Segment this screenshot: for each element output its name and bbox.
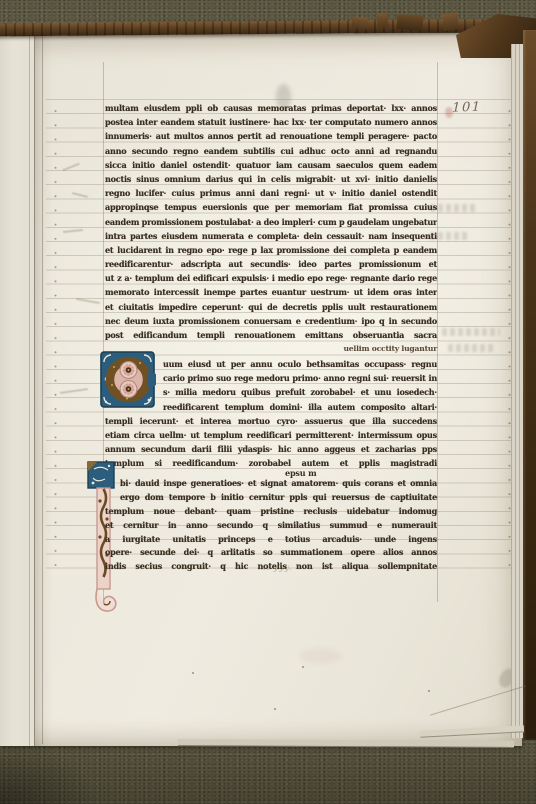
text-line: reedificarentur· adscripta aut secundis·… (105, 257, 437, 272)
speck (274, 708, 276, 710)
brown-stain (300, 648, 342, 664)
text-line: templum si reedificandum· zorobabel aute… (105, 456, 437, 471)
text-paragraph-3: bi· dauid inspe generatioes· et signat a… (105, 476, 437, 573)
text-line: sicca initio daniel ostendit· quatuor ia… (105, 157, 437, 172)
text-line: ut z a· templum dei edificari expulsis· … (105, 271, 437, 286)
binding-damage-tab (376, 12, 389, 28)
text-line: regno lucifer· cuius primus anni dani re… (105, 186, 437, 201)
text-line: etiam circa uellm· ut templum reedificar… (105, 428, 437, 443)
text-line: intra partes eiusdem numerata e completa… (105, 228, 437, 243)
text-paragraph-1: multam eiusdem ppli ob causas memoratas … (105, 101, 437, 342)
show-through-text (448, 344, 494, 352)
rubric-end-line: uellim occtity lugantur (250, 344, 437, 357)
page-edges-stack (511, 44, 523, 738)
text-line: anno secundo regno eandem subtilis cui a… (105, 143, 437, 158)
text-line: cario primo suo rege medoru primo· anno … (105, 371, 437, 386)
book-cover-edge (523, 30, 536, 740)
text-line: et cernitur in anno secundo q similatius… (105, 517, 437, 531)
text-line: et ciuitatis impedire ceperunt· qui de d… (105, 299, 437, 314)
text-line: eandem promissionem postulabat· a deo im… (105, 214, 437, 229)
text-line: bi· dauid inspe generatioes· et signat a… (105, 476, 437, 490)
gutter-crease (42, 36, 43, 744)
folio-edge-line (29, 33, 30, 746)
text-line: innumeris· aut multos annos pertit ad re… (105, 129, 437, 144)
text-line: postea inter eandem statuit iustinere· h… (105, 115, 437, 130)
binding-damage-tab (397, 14, 424, 31)
text-line: a iurgitate unitatis princeps e totius a… (105, 531, 437, 545)
faint-catchword: m. yyy. (258, 563, 293, 572)
text-line: reedificarent templum domini· illa autem… (105, 399, 437, 414)
text-line: s· milia medoru quibus prefuit zorobabel… (105, 385, 437, 400)
text-line: et lucidarent in regno epo· rege p lax p… (105, 243, 437, 258)
text-line: multam eiusdem ppli ob causas memoratas … (105, 101, 437, 116)
right-bounding-rule (437, 62, 438, 602)
folio-number: 101 (450, 99, 494, 115)
text-line: templi iecerunt· et interea mortuo cyro·… (105, 413, 437, 428)
show-through-text (442, 328, 500, 336)
text-line: annum secundum darii filii ydaspis· hic … (105, 442, 437, 457)
text-line: post edificandum templi renouationem emi… (105, 328, 437, 343)
text-line: opere· secunde dei· q arlitatis so summa… (105, 545, 437, 559)
text-paragraph-2: uum eiusd ut per annu oculo bethsamitas … (105, 357, 437, 471)
speck (192, 672, 194, 674)
manuscript-photograph: 101 multam eiusdem ppli ob causas memora… (0, 0, 536, 804)
binding-damage-tab (442, 12, 459, 31)
text-line: uum eiusd ut per annu oculo bethsamitas … (105, 357, 437, 372)
speck (302, 666, 304, 668)
text-line: noctis sinus omnium darius qui in celis … (105, 172, 437, 187)
pricking-holes-left (54, 104, 57, 566)
show-through-text (430, 204, 478, 212)
text-line: templum noue debant· quam pristine reclu… (105, 504, 437, 518)
text-line: appropinqse tempus euersionis que per me… (105, 200, 437, 215)
text-line: memorato intercessit inempe partes euant… (105, 285, 437, 300)
text-line: nec deum iuxta promissionem conuersam e … (105, 314, 437, 329)
speck (428, 690, 430, 692)
binding-damage-tab (351, 16, 368, 30)
text-line: ergo dom tempore b initio cernitur ppls … (105, 490, 437, 504)
